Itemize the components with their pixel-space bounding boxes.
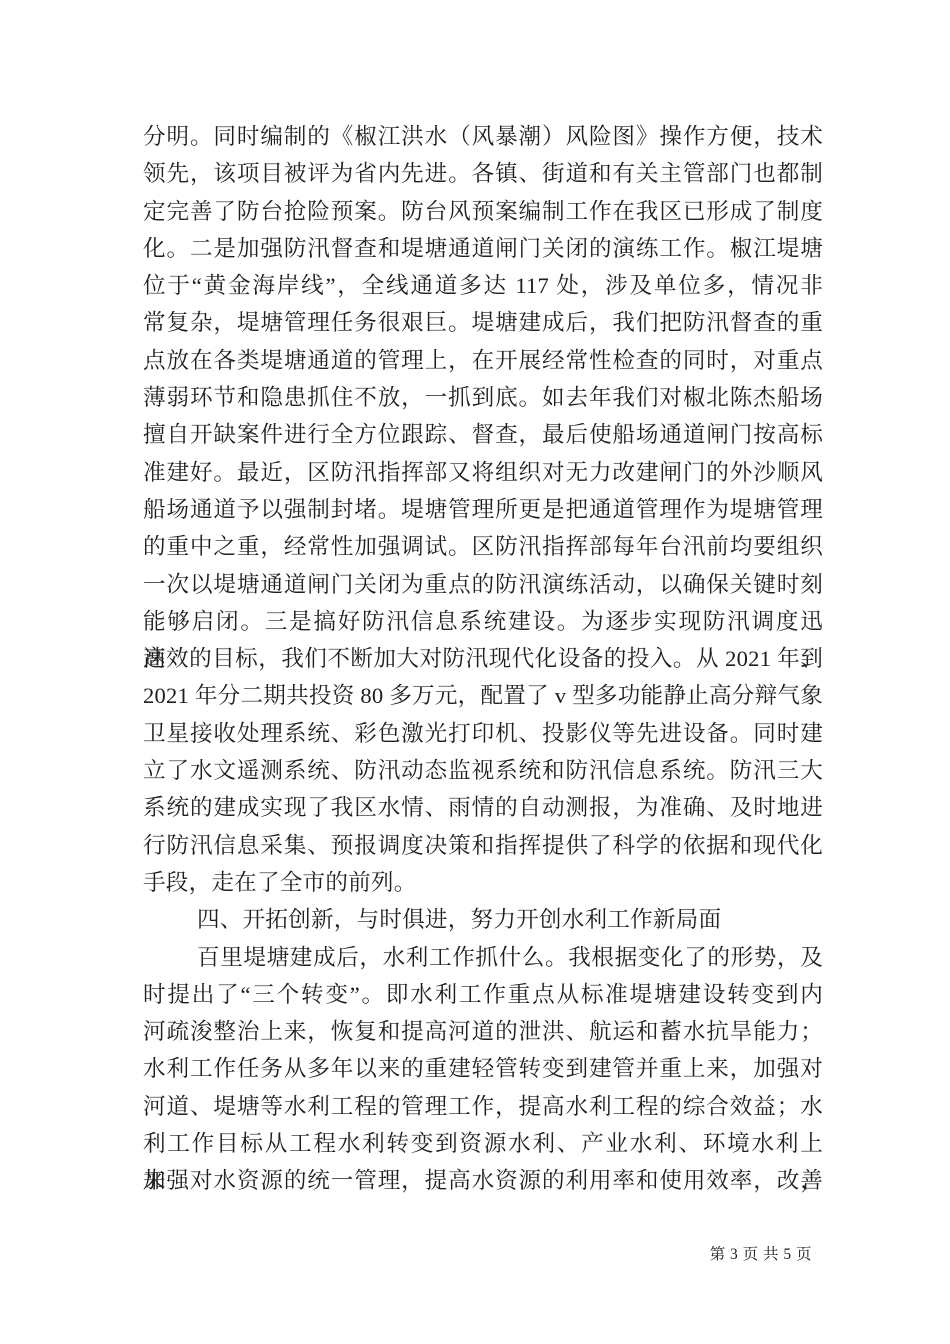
text-line: 定完善了防台抢险预案。防台风预案编制工作在我区已形成了制度: [143, 193, 823, 230]
text-line: 卫星接收处理系统、彩色激光打印机、投影仪等先进设备。同时建: [143, 715, 823, 752]
text-line: 常复杂，堤塘管理任务很艰巨。堤塘建成后，我们把防汛督查的重: [143, 304, 823, 341]
text-line: 系统的建成实现了我区水情、雨情的自动测报，为准确、及时地进: [143, 789, 823, 826]
text-line: 准建好。最近，区防汛指挥部又将组织对无力改建闸门的外沙顺风: [143, 454, 823, 491]
text-line: 河疏浚整治上来，恢复和提高河道的泄洪、航运和蓄水抗旱能力；: [143, 1013, 823, 1050]
document-body: 分明。同时编制的《椒江洪水（风暴潮）风险图》操作方便，技术领先，该项目被评为省内…: [143, 118, 823, 1200]
text-line: 点放在各类堤塘通道的管理上，在开展经常性检查的同时，对重点: [143, 342, 823, 379]
text-line: 化。二是加强防汛督查和堤塘通道闸门关闭的演练工作。椒江堤塘: [143, 230, 823, 267]
para-flood-prevention-measures: 分明。同时编制的《椒江洪水（风暴潮）风险图》操作方便，技术领先，该项目被评为省内…: [143, 118, 823, 901]
text-line: 利工作目标从工程水利转变到资源水利、产业水利、环境水利上来，: [143, 1125, 823, 1162]
page-footer: 第 3 页 共 5 页: [710, 1245, 812, 1265]
text-line: 行防汛信息采集、预报调度决策和指挥提供了科学的依据和现代化: [143, 827, 823, 864]
text-line: 船场通道予以强制封堵。堤塘管理所更是把通道管理作为堤塘管理: [143, 491, 823, 528]
text-line: 擅自开缺案件进行全方位跟踪、督查，最后使船场通道闸门按高标: [143, 416, 823, 453]
text-line: 水利工作任务从多年以来的重建轻管转变到建管并重上来，加强对: [143, 1050, 823, 1087]
text-line: 领先，该项目被评为省内先进。各镇、街道和有关主管部门也都制: [143, 155, 823, 192]
text-line: 薄弱环节和隐患抓住不放，一抓到底。如去年我们对椒北陈杰船场: [143, 379, 823, 416]
text-line: 分明。同时编制的《椒江洪水（风暴潮）风险图》操作方便，技术: [143, 118, 823, 155]
text-line: 一次以堤塘通道闸门关闭为重点的防汛演练活动，以确保关键时刻: [143, 566, 823, 603]
text-line: 四、开拓创新，与时俱进，努力开创水利工作新局面: [143, 901, 823, 938]
text-line: 河道、堤塘等水利工程的管理工作，提高水利工程的综合效益；水: [143, 1088, 823, 1125]
text-line: 高效的目标，我们不断加大对防汛现代化设备的投入。从 2021 年到: [143, 640, 823, 677]
document-page: 分明。同时编制的《椒江洪水（风暴潮）风险图》操作方便，技术领先，该项目被评为省内…: [0, 0, 950, 1344]
text-line: 时提出了“三个转变”。即水利工作重点从标准堤塘建设转变到内: [143, 976, 823, 1013]
text-line: 手段，走在了全市的前列。: [143, 864, 823, 901]
text-line: 百里堤塘建成后，水利工作抓什么。我根据变化了的形势，及: [143, 939, 823, 976]
text-line: 立了水文遥测系统、防汛动态监视系统和防汛信息系统。防汛三大: [143, 752, 823, 789]
heading-section-four: 四、开拓创新，与时俱进，努力开创水利工作新局面: [143, 901, 823, 938]
text-line: 位于“黄金海岸线”，全线通道多达 117 处，涉及单位多，情况非: [143, 267, 823, 304]
text-line: 的重中之重，经常性加强调试。区防汛指挥部每年台汛前均要组织: [143, 528, 823, 565]
para-three-transformations: 百里堤塘建成后，水利工作抓什么。我根据变化了的形势，及时提出了“三个转变”。即水…: [143, 939, 823, 1200]
page-number-text: 第 3 页 共 5 页: [710, 1246, 812, 1263]
text-line: 能够启闭。三是搞好防汛信息系统建设。为逐步实现防汛调度迅速、: [143, 603, 823, 640]
text-line: 加强对水资源的统一管理，提高水资源的利用率和使用效率，改善: [143, 1162, 823, 1199]
text-line: 2021 年分二期共投资 80 多万元，配置了 v 型多功能静止高分辩气象: [143, 677, 823, 714]
